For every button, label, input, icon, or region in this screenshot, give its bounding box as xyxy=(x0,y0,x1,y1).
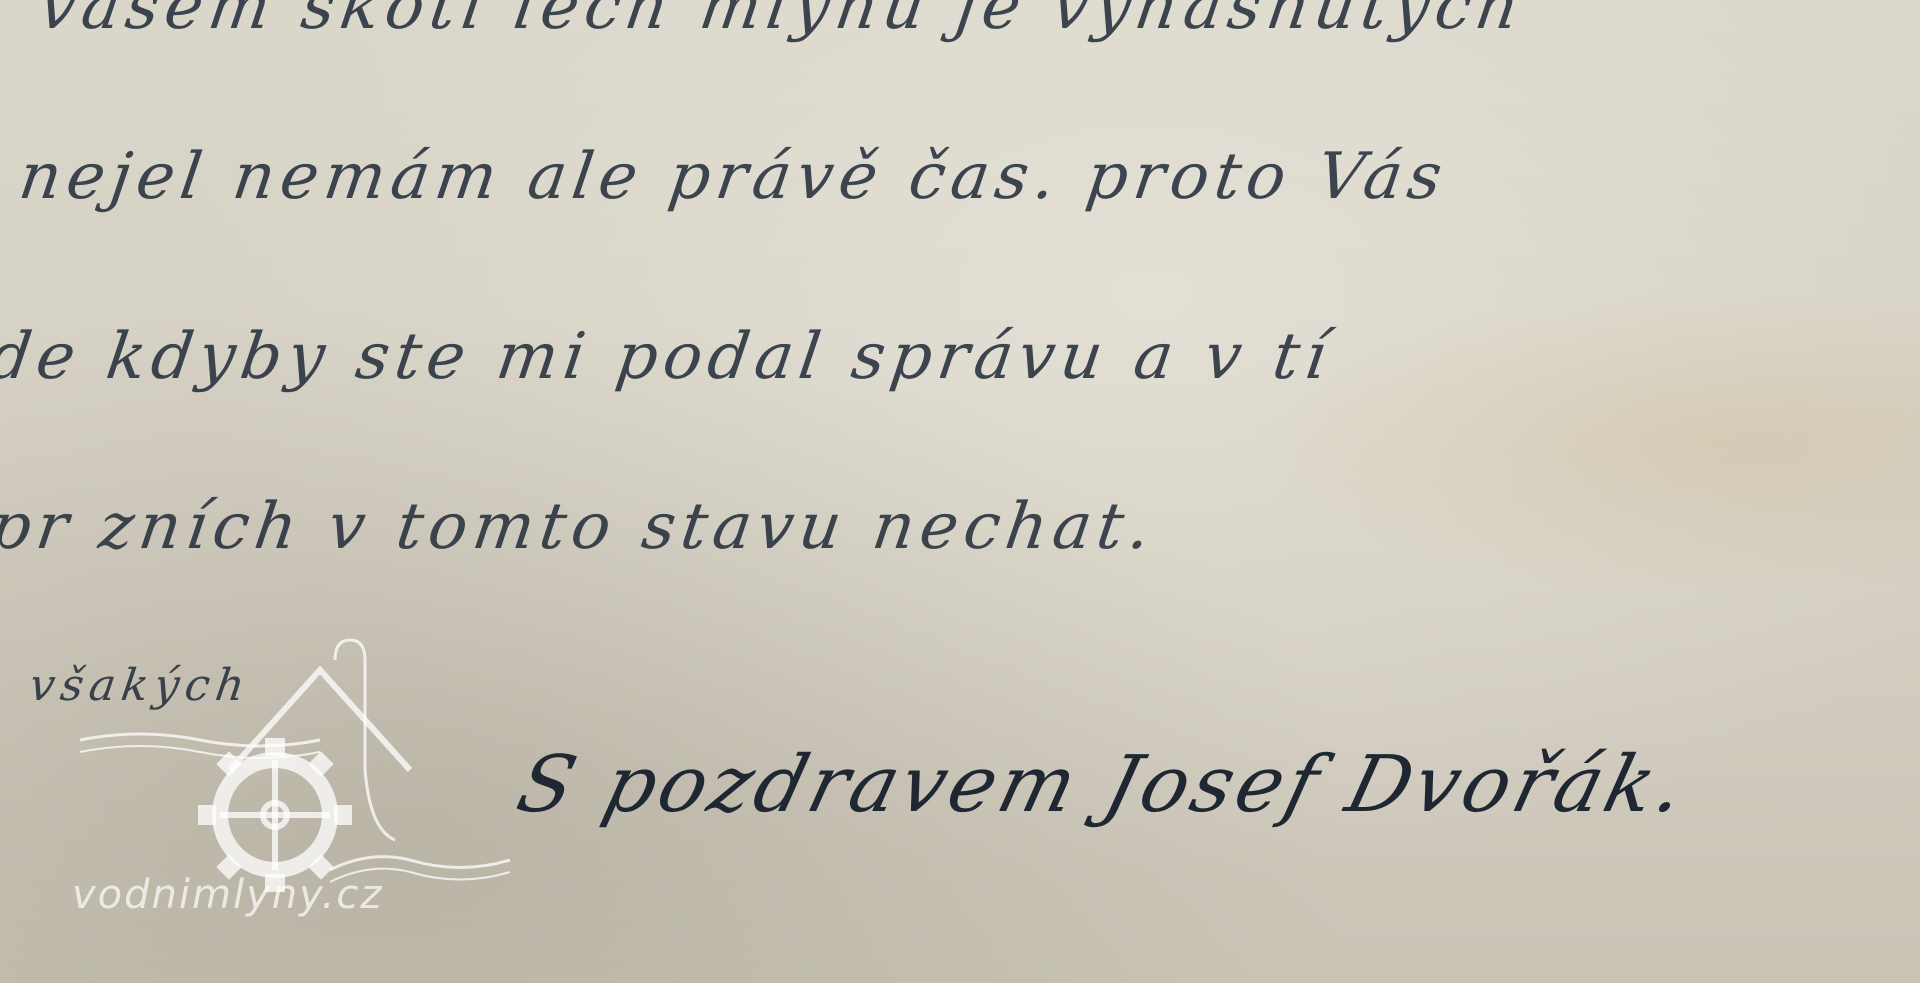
handwritten-line-3: de kdyby ste mi podal správu a v tí xyxy=(0,320,1337,394)
handwritten-line-4: pr zních v tomto stavu nechat. xyxy=(0,490,1161,564)
watermark-text: vodnimlyny.cz xyxy=(72,872,383,918)
handwritten-line-1: vasem skoti lech mlýnů je vyhasnutých xyxy=(35,0,1530,44)
handwritten-line-2: nejel nemám ale právě čas. proto Vás xyxy=(15,140,1452,214)
signature: S pozdravem Josef Dvořák. xyxy=(509,740,1698,830)
